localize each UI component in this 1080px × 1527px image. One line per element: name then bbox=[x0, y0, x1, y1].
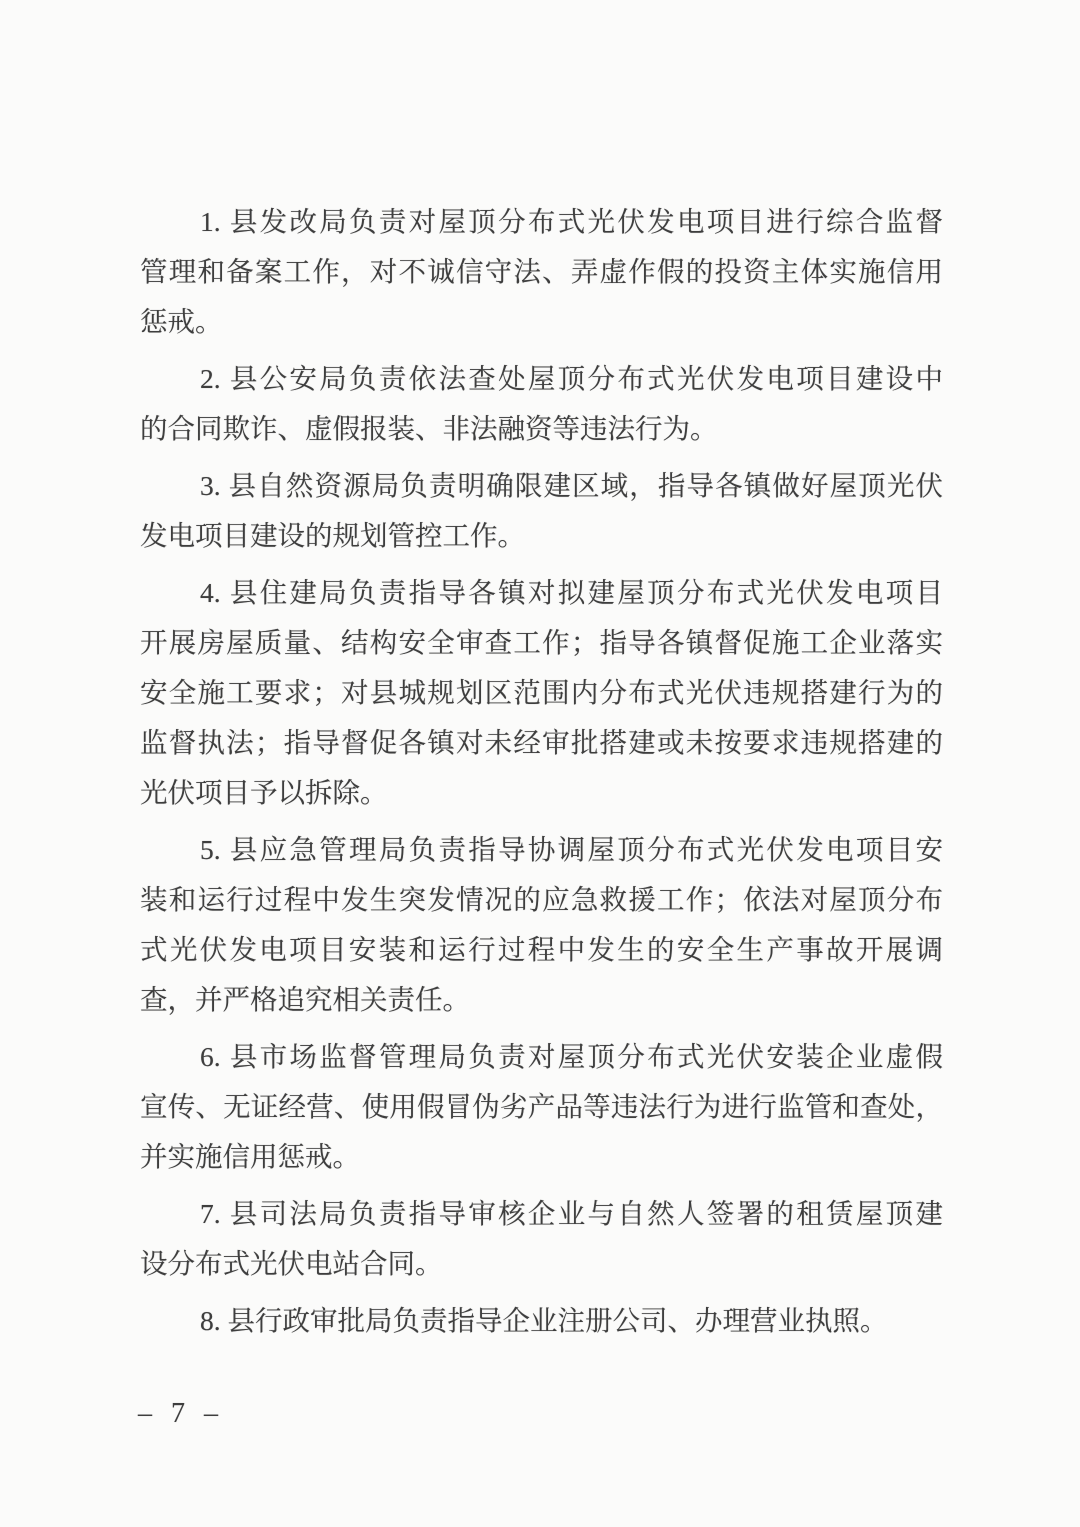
paragraph-7: 7. 县司法局负责指导审核企业与自然人签署的租赁屋顶建设分布式光伏电站合同。 bbox=[140, 1189, 943, 1289]
text-line: 监督执法；指导督促各镇对未经审批搭建或未按要求违规搭建的 bbox=[140, 718, 943, 768]
text-line: 1. 县发改局负责对屋顶分布式光伏发电项目进行综合监督 bbox=[140, 197, 943, 247]
text-line: 2. 县公安局负责依法查处屋顶分布式光伏发电项目建设中 bbox=[140, 354, 943, 404]
text-line: 3. 县自然资源局负责明确限建区域，指导各镇做好屋顶光伏 bbox=[140, 461, 943, 511]
text-line: 5. 县应急管理局负责指导协调屋顶分布式光伏发电项目安 bbox=[140, 825, 943, 875]
text-line: 7. 县司法局负责指导审核企业与自然人签署的租赁屋顶建 bbox=[140, 1189, 943, 1239]
text-line: 光伏项目予以拆除。 bbox=[140, 768, 943, 818]
text-line: 6. 县市场监督管理局负责对屋顶分布式光伏安装企业虚假 bbox=[140, 1032, 943, 1082]
paragraph-4: 4. 县住建局负责指导各镇对拟建屋顶分布式光伏发电项目开展房屋质量、结构安全审查… bbox=[140, 568, 943, 818]
text-line: 查，并严格追究相关责任。 bbox=[140, 975, 943, 1025]
paragraph-8: 8. 县行政审批局负责指导企业注册公司、办理营业执照。 bbox=[140, 1296, 943, 1346]
paragraph-5: 5. 县应急管理局负责指导协调屋顶分布式光伏发电项目安装和运行过程中发生突发情况… bbox=[140, 825, 943, 1025]
paragraph-6: 6. 县市场监督管理局负责对屋顶分布式光伏安装企业虚假宣传、无证经营、使用假冒伪… bbox=[140, 1032, 943, 1182]
page-number: – 7 – bbox=[138, 1398, 224, 1430]
text-line: 式光伏发电项目安装和运行过程中发生的安全生产事故开展调 bbox=[140, 925, 943, 975]
text-line: 安全施工要求；对县城规划区范围内分布式光伏违规搭建行为的 bbox=[140, 668, 943, 718]
document-body: 1. 县发改局负责对屋顶分布式光伏发电项目进行综合监督管理和备案工作，对不诚信守… bbox=[140, 197, 943, 1353]
text-line: 4. 县住建局负责指导各镇对拟建屋顶分布式光伏发电项目 bbox=[140, 568, 943, 618]
text-line: 设分布式光伏电站合同。 bbox=[140, 1239, 943, 1289]
text-line: 宣传、无证经营、使用假冒伪劣产品等违法行为进行监管和查处， bbox=[140, 1082, 943, 1132]
text-line: 并实施信用惩戒。 bbox=[140, 1132, 943, 1182]
text-line: 管理和备案工作，对不诚信守法、弄虚作假的投资主体实施信用 bbox=[140, 247, 943, 297]
text-line: 开展房屋质量、结构安全审查工作；指导各镇督促施工企业落实 bbox=[140, 618, 943, 668]
text-line: 惩戒。 bbox=[140, 297, 943, 347]
paragraph-3: 3. 县自然资源局负责明确限建区域，指导各镇做好屋顶光伏发电项目建设的规划管控工… bbox=[140, 461, 943, 561]
text-line: 的合同欺诈、虚假报装、非法融资等违法行为。 bbox=[140, 404, 943, 454]
text-line: 装和运行过程中发生突发情况的应急救援工作；依法对屋顶分布 bbox=[140, 875, 943, 925]
paragraph-2: 2. 县公安局负责依法查处屋顶分布式光伏发电项目建设中的合同欺诈、虚假报装、非法… bbox=[140, 354, 943, 454]
document-page: 1. 县发改局负责对屋顶分布式光伏发电项目进行综合监督管理和备案工作，对不诚信守… bbox=[0, 0, 1080, 1527]
text-line: 发电项目建设的规划管控工作。 bbox=[140, 511, 943, 561]
text-line: 8. 县行政审批局负责指导企业注册公司、办理营业执照。 bbox=[140, 1296, 943, 1346]
paragraph-1: 1. 县发改局负责对屋顶分布式光伏发电项目进行综合监督管理和备案工作，对不诚信守… bbox=[140, 197, 943, 347]
